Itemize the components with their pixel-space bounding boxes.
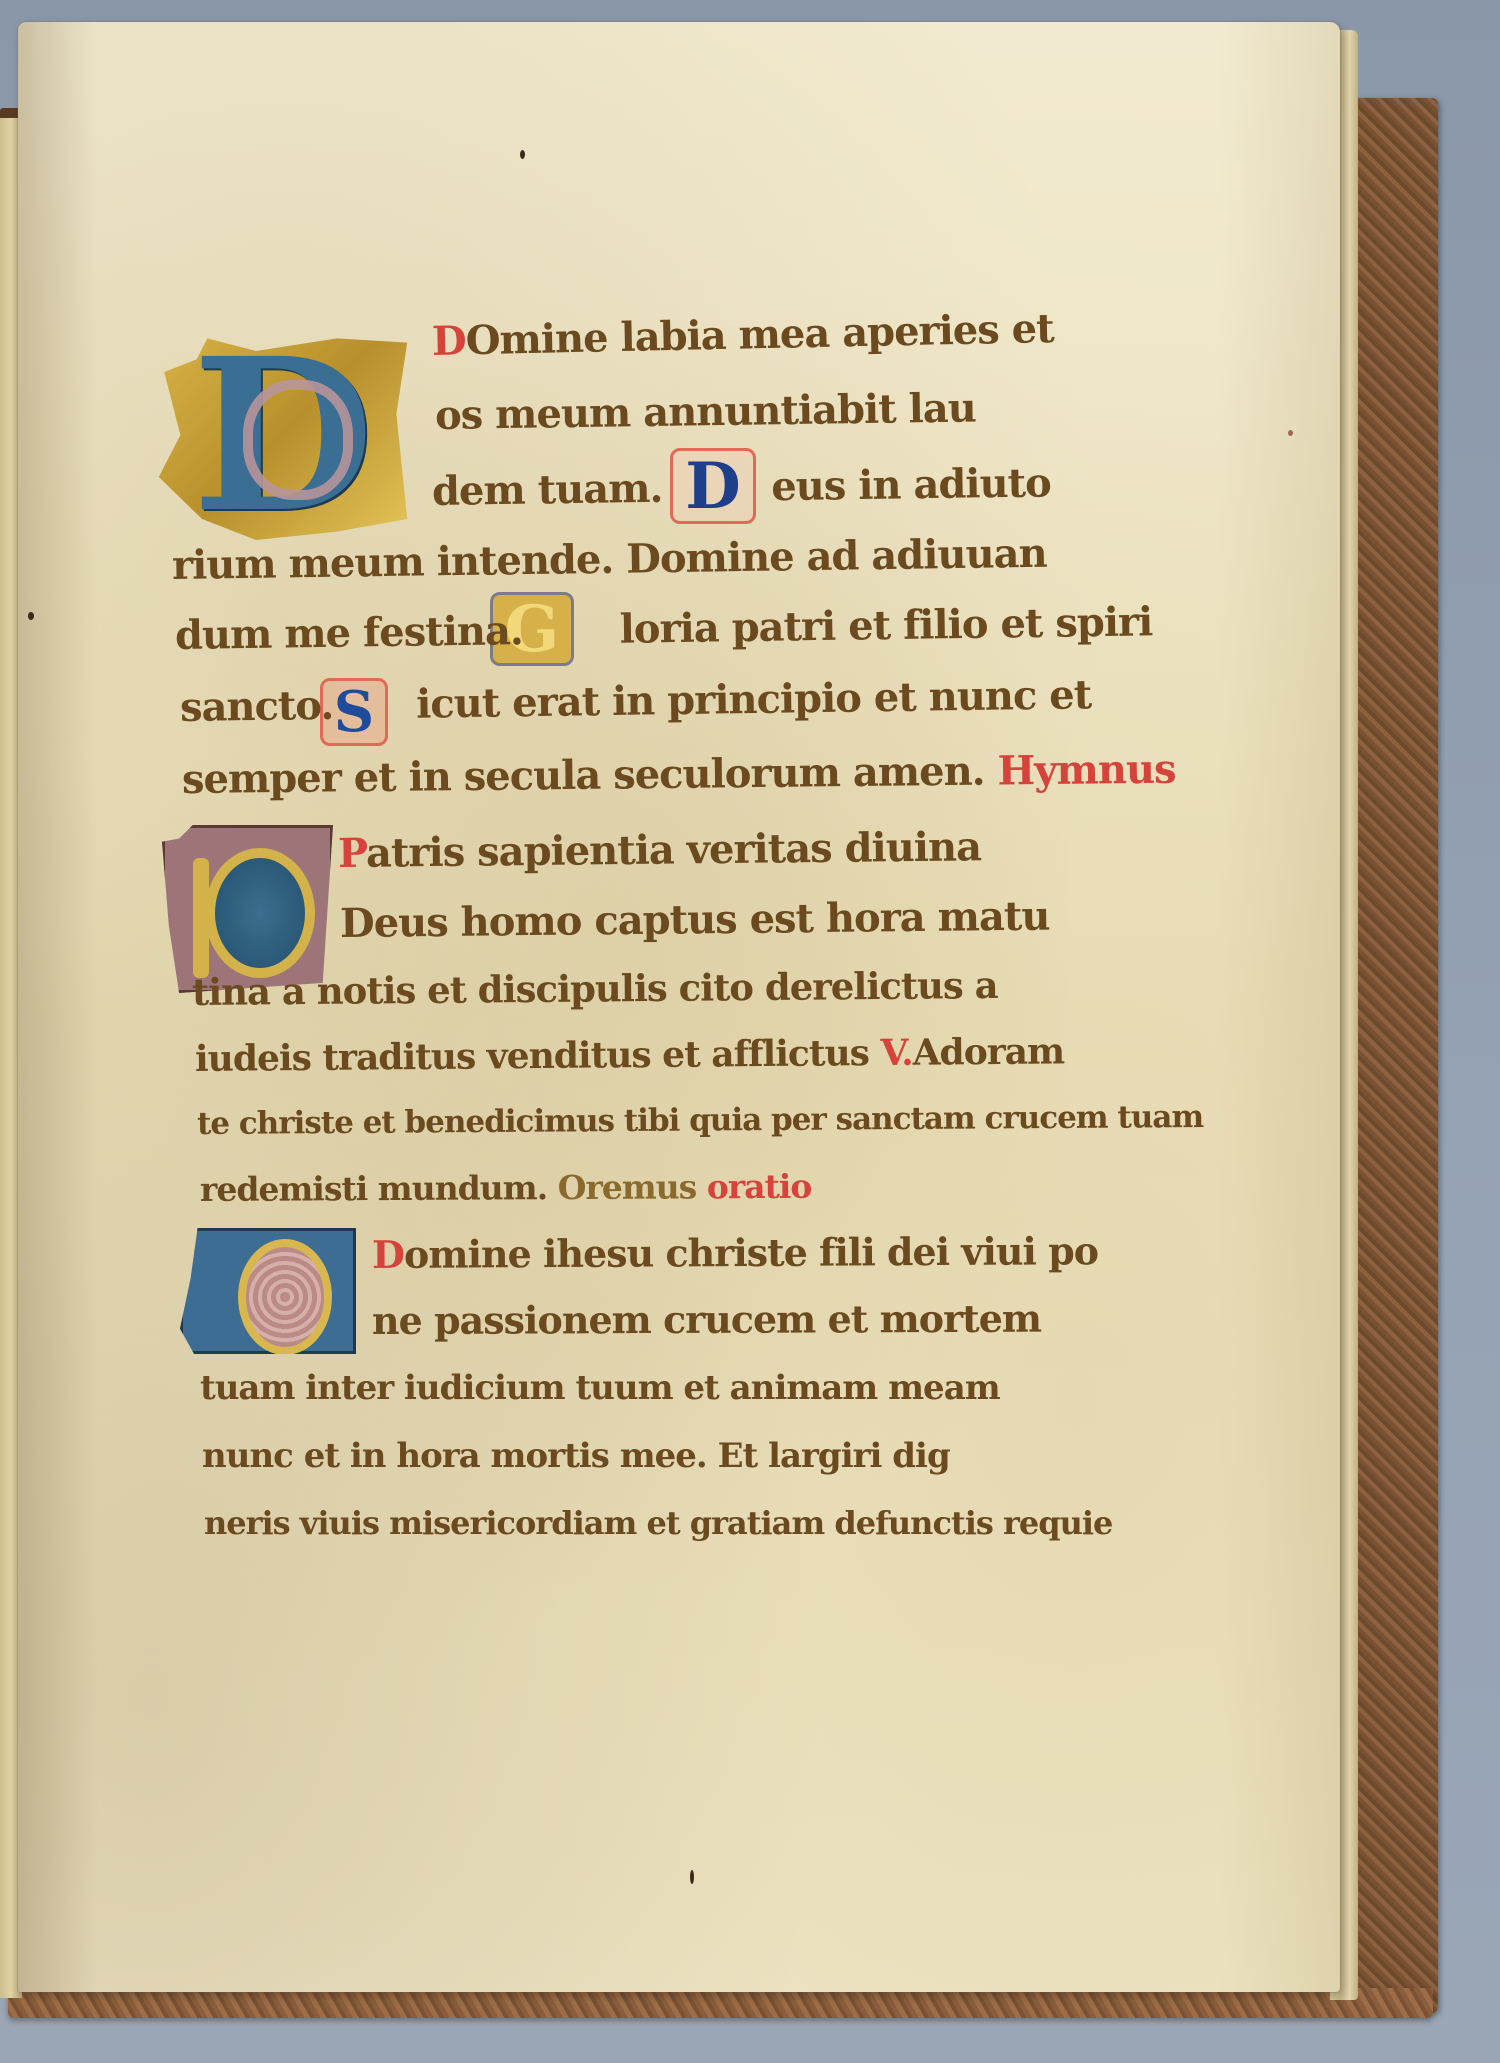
ink-speck (690, 1870, 694, 1884)
text-line-10: tina a notis et discipulis cito derelict… (192, 963, 998, 1014)
line-text: sancto. (180, 682, 347, 731)
illuminated-initial-d-domine (180, 1228, 356, 1354)
rubric-oratio: oratio (707, 1167, 812, 1207)
line-text: dem tuam. (432, 465, 676, 515)
rubric-mark: P (338, 830, 367, 877)
rubric-mark: D (372, 1232, 404, 1277)
rubric-versicle: V. (880, 1032, 913, 1074)
line-text: tuam inter iudicium tuum et animam meam (200, 1368, 1000, 1408)
text-line-11: iudeis traditus venditus et afflictus V.… (195, 1030, 1064, 1080)
rubric-mark: D (432, 317, 467, 365)
line-text-tail: Adoram (912, 1030, 1064, 1073)
ink-speck (28, 612, 34, 620)
text-line-18: neris viuis misericordiam et gratiam def… (204, 1504, 1112, 1542)
line-text-continuation: icut erat in principio et nunc et (416, 671, 1092, 727)
text-line-12: te christe et benedicimus tibi quia per … (197, 1099, 1203, 1142)
text-line-16: tuam inter iudicium tuum et animam meam (200, 1368, 1000, 1408)
text-line-13: redemisti mundum. Oremus oratio (200, 1167, 812, 1209)
line-text: Deus homo captus est hora matu (340, 893, 1050, 947)
line-text: te christe et benedicimus tibi quia per … (197, 1099, 1203, 1142)
line-text: semper et in secula seculorum amen. (182, 748, 985, 803)
text-line-3: dem tuam. eus in adiuto (432, 459, 1051, 515)
text-line-8: Patris sapientia veritas diuina (338, 823, 981, 877)
line-text: neris viuis misericordiam et gratiam def… (204, 1504, 1112, 1542)
line-text: nunc et in hora mortis mee. Et largiri d… (202, 1436, 950, 1476)
rubric-oremus: Oremus (558, 1167, 697, 1207)
initial-bowl (205, 848, 315, 978)
line-text: redemisti mundum. (200, 1168, 547, 1209)
text-line-17: nunc et in hora mortis mee. Et largiri d… (202, 1436, 950, 1476)
line-text-continuation: eus in adiuto (771, 459, 1051, 510)
line-text-continuation: loria patri et filio et spiri (619, 598, 1152, 652)
line-text: ne passionem crucem et mortem (372, 1296, 1041, 1343)
book-cover-right (1350, 98, 1438, 2013)
initial-bowl (238, 1239, 332, 1355)
text-line-15: ne passionem crucem et mortem (372, 1296, 1041, 1343)
line-text: tina a notis et discipulis cito derelict… (192, 963, 998, 1014)
foliage-ornament (243, 380, 353, 500)
line-text: omine ihesu christe fili dei viui po (404, 1228, 1098, 1277)
text-line-14: Domine ihesu christe fili dei viui po (372, 1228, 1098, 1277)
text-line-9: Deus homo captus est hora matu (340, 893, 1050, 947)
line-text: iudeis traditus venditus et afflictus (195, 1032, 869, 1080)
text-line-2: os meum annuntiabit lau (435, 384, 976, 439)
line-text: dum me festina. (175, 607, 536, 659)
ink-speck (520, 150, 525, 159)
rubric-hymnus: Hymnus (997, 746, 1176, 795)
line-text: os meum annuntiabit lau (435, 384, 976, 439)
ink-speck (1288, 430, 1293, 436)
book-cover-bottom (8, 1988, 1433, 2018)
line-text: atris sapientia veritas diuina (366, 823, 981, 876)
illuminated-initial-p (162, 825, 333, 993)
